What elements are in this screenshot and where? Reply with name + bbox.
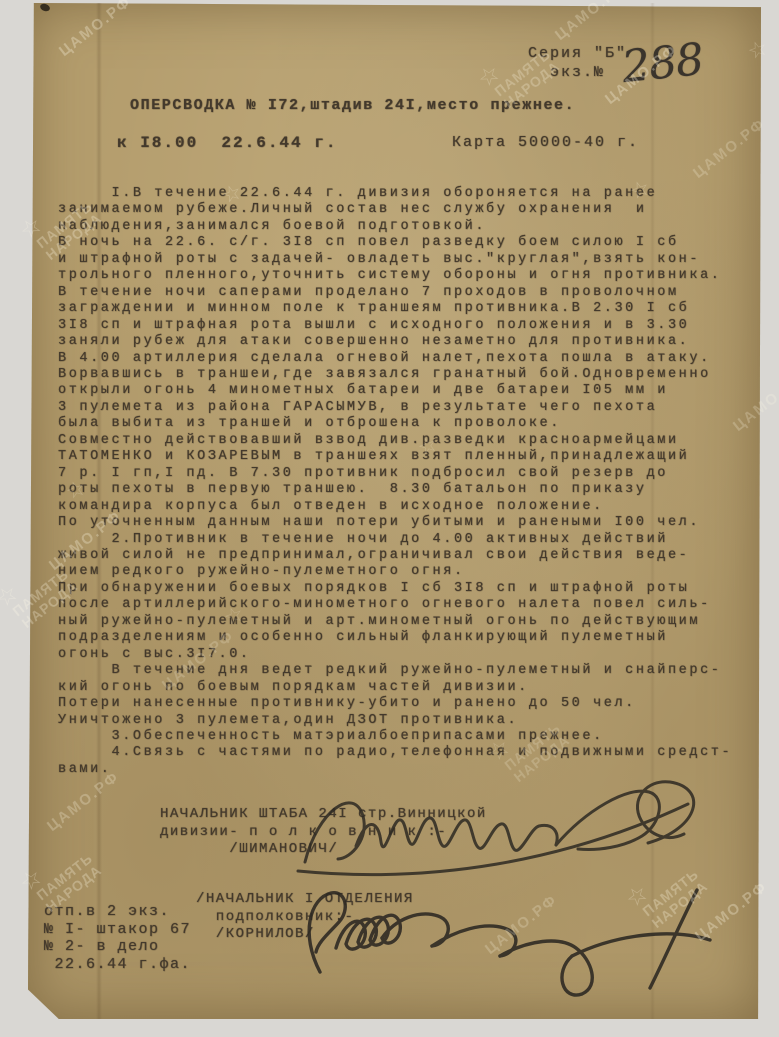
document-title: ОПЕРСВОДКА № I72,штадив 24I,место прежне… bbox=[130, 97, 575, 114]
scanned-document-page: Серия "Б" экз.№ 288 ОПЕРСВОДКА № I72,шта… bbox=[0, 0, 779, 1037]
map-reference: Карта 50000-40 г. bbox=[452, 134, 639, 151]
distribution-note: отп.в 2 экз. № I- штакор 67 № 2- в дело … bbox=[44, 903, 191, 973]
section-chief-signature-block: /НАЧАЛЬНИК I ОТДЕЛЕНИЯ подполковник:- /К… bbox=[196, 891, 414, 944]
chief-of-staff-signature-block: НАЧАЛЬНИК ШТАБА 24I стр.Винницкой дивизи… bbox=[160, 806, 487, 859]
handwritten-page-number: 288 bbox=[620, 34, 706, 93]
report-body-text: I.В течение 22.6.44 г. дивизия обороняет… bbox=[58, 186, 732, 778]
series-copy-block: Серия "Б" экз.№ bbox=[528, 44, 627, 82]
report-time: к I8.00 22.6.44 г. bbox=[117, 134, 337, 152]
